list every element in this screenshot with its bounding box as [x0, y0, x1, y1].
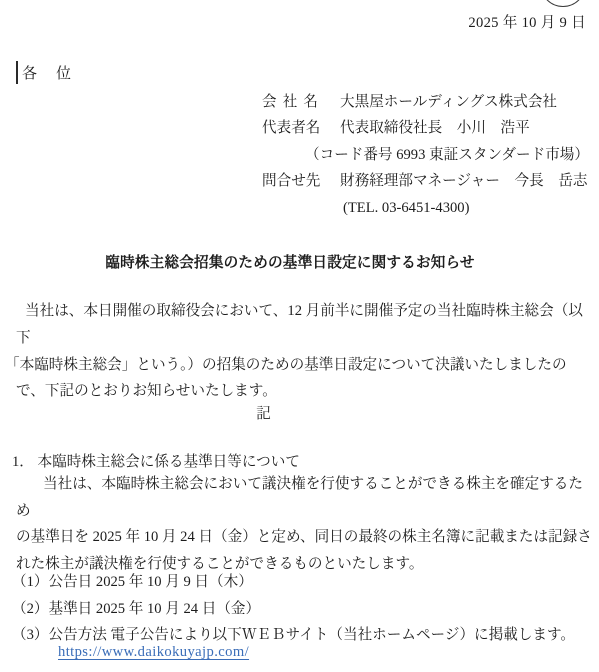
- section1-paragraph: 当社は、本臨時株主総会において議決権を行使することができる株主を確定するため の…: [16, 471, 594, 577]
- sender-contact-value: 財務経理部マネージャー 今長 岳志: [340, 173, 588, 189]
- stamp-circle-partial: [540, 0, 586, 7]
- intro-line-2: 「本臨時株主総会」という。）の招集のための基準日設定について決議いたしましたの: [5, 352, 591, 379]
- section1-heading: 1． 本臨時株主総会に係る基準日等について: [12, 450, 300, 471]
- sender-company-value: 大黒屋ホールディングス株式会社: [340, 94, 557, 110]
- intro-line-1: 当社は、本日開催の取締役会において、12 月前半に開催予定の当社臨時株主総会（以…: [16, 298, 591, 352]
- announcement-items: （1）公告日 2025 年 10 月 9 日（木） （2）基準日 2025 年 …: [12, 569, 575, 649]
- section1-line-1: 当社は、本臨時株主総会において議決権を行使することができる株主を確定するため: [16, 471, 594, 524]
- document-date: 2025 年 10 月 9 日: [468, 13, 586, 33]
- item-record-date: （2）基準日 2025 年 10 月 24 日（金）: [12, 596, 575, 623]
- sender-block: 会社名大黒屋ホールディングス株式会社 代表者名代表取締役社長 小川 浩平 （コー…: [262, 89, 589, 221]
- sender-stock-code-value: （コード番号 6993 東証スタンダード市場）: [305, 147, 589, 163]
- sender-contact-label: 問合せ先: [262, 168, 318, 194]
- intro-paragraph: 当社は、本日開催の取締役会において、12 月前半に開催予定の当社臨時株主総会（以…: [16, 298, 591, 405]
- salutation: 各 位: [22, 62, 73, 83]
- sender-representative-label: 代表者名: [262, 115, 318, 141]
- text-cursor: [16, 61, 18, 84]
- sender-representative-value: 代表取締役社長 小川 浩平: [340, 120, 530, 136]
- sender-representative-row: 代表者名代表取締役社長 小川 浩平: [262, 115, 589, 141]
- press-release-page: 2025 年 10 月 9 日 各 位 会社名大黒屋ホールディングス株式会社 代…: [0, 0, 599, 672]
- sender-stock-code-row: （コード番号 6993 東証スタンダード市場）: [262, 142, 589, 168]
- sender-company-label: 会社名: [262, 89, 318, 115]
- sender-tel-row: (TEL. 03-6451-4300): [262, 195, 589, 221]
- company-website-link[interactable]: https://www.daikokuyajp.com/: [58, 644, 249, 661]
- record-marker: 記: [0, 402, 528, 423]
- sender-contact-row: 問合せ先財務経理部マネージャー 今長 岳志: [262, 168, 589, 194]
- item-announcement-date: （1）公告日 2025 年 10 月 9 日（木）: [12, 569, 575, 596]
- document-title: 臨時株主総会招集のための基準日設定に関するお知らせ: [0, 251, 580, 272]
- sender-tel-value: (TEL. 03-6451-4300): [343, 200, 469, 216]
- section1-line-2: の基準日を 2025 年 10 月 24 日（金）と定め、同日の最終の株主名簿に…: [16, 524, 594, 551]
- sender-company-row: 会社名大黒屋ホールディングス株式会社: [262, 89, 589, 115]
